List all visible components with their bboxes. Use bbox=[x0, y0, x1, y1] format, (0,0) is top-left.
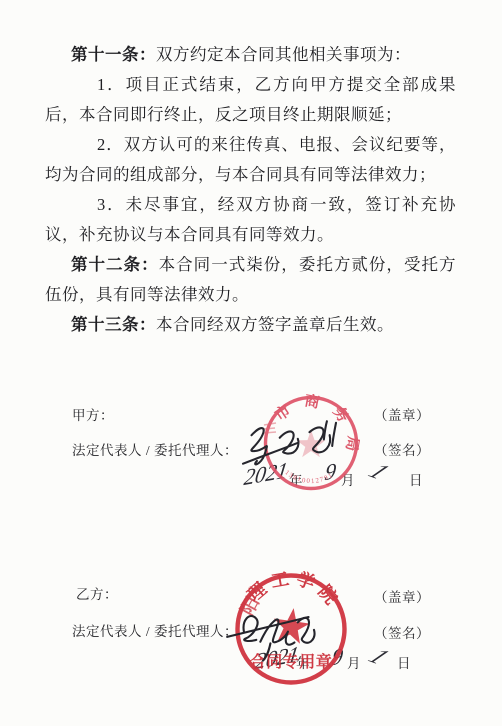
party-a-handwritten-signature bbox=[239, 412, 350, 474]
contract-body: 第十一条：双方约定本合同其他相关事项为： 1．项目正式结束，乙方向甲方提交全部成… bbox=[45, 40, 456, 340]
clause-paragraph: 第十二条：本合同一式柒份，委托方贰份，受托方伍份，具有同等法律效力。 bbox=[45, 250, 456, 310]
party-b-seal-hint: （盖章） bbox=[374, 586, 430, 606]
clause-number: 第十二条： bbox=[71, 255, 159, 274]
party-b-representative-label: 法定代表人 / 委托代理人： bbox=[72, 620, 238, 640]
party-b-handwritten-day: 1 bbox=[361, 645, 395, 670]
clause-number: 第十一条： bbox=[71, 45, 156, 64]
party-b-month-unit: 月 bbox=[347, 652, 361, 672]
party-b-label: 乙方： bbox=[76, 583, 118, 603]
clause-text: 本合同经双方签字盖章后生效。 bbox=[156, 315, 394, 334]
clause-number: 第十三条： bbox=[71, 315, 156, 334]
party-b-day-unit: 日 bbox=[397, 652, 411, 672]
party-b-sign-hint: （签名） bbox=[374, 622, 430, 642]
clause-text: 2．双方认可的来往传真、电报、会议纪要等，均为合同的组成部分，与本合同具有同等法… bbox=[45, 135, 456, 184]
party-a-day-unit: 日 bbox=[409, 469, 423, 489]
clause-paragraph: 第十一条：双方约定本合同其他相关事项为： bbox=[45, 40, 456, 70]
clause-text: 双方约定本合同其他相关事项为： bbox=[156, 45, 411, 64]
party-b-handwritten-signature bbox=[224, 599, 338, 663]
clause-paragraph: 2．双方认可的来往传真、电报、会议纪要等，均为合同的组成部分，与本合同具有同等法… bbox=[45, 130, 456, 190]
clause-text: 1．项目正式结束，乙方向甲方提交全部成果后，本合同即行终止，反之项目终止期限顺延… bbox=[45, 75, 456, 124]
party-a-sign-hint: （签名） bbox=[374, 439, 430, 459]
party-a-handwritten-day: 1 bbox=[361, 460, 395, 485]
clause-paragraph: 第十三条：本合同经双方签字盖章后生效。 bbox=[45, 310, 456, 340]
clause-text: 3．未尽事宜，经双方协商一致，签订补充协议，补充协议与本合同具有同等效力。 bbox=[45, 195, 456, 244]
party-a-seal-hint: （盖章） bbox=[374, 404, 430, 424]
clause-paragraph: 3．未尽事宜，经双方协商一致，签订补充协议，补充协议与本合同具有同等效力。 bbox=[45, 190, 456, 250]
party-a-label: 甲方： bbox=[72, 404, 114, 424]
contract-scan-page: 第十一条：双方约定本合同其他相关事项为： 1．项目正式结束，乙方向甲方提交全部成… bbox=[0, 0, 502, 726]
clause-paragraph: 1．项目正式结束，乙方向甲方提交全部成果后，本合同即行终止，反之项目终止期限顺延… bbox=[45, 70, 456, 130]
party-a-representative-label: 法定代表人 / 委托代理人： bbox=[72, 439, 238, 459]
